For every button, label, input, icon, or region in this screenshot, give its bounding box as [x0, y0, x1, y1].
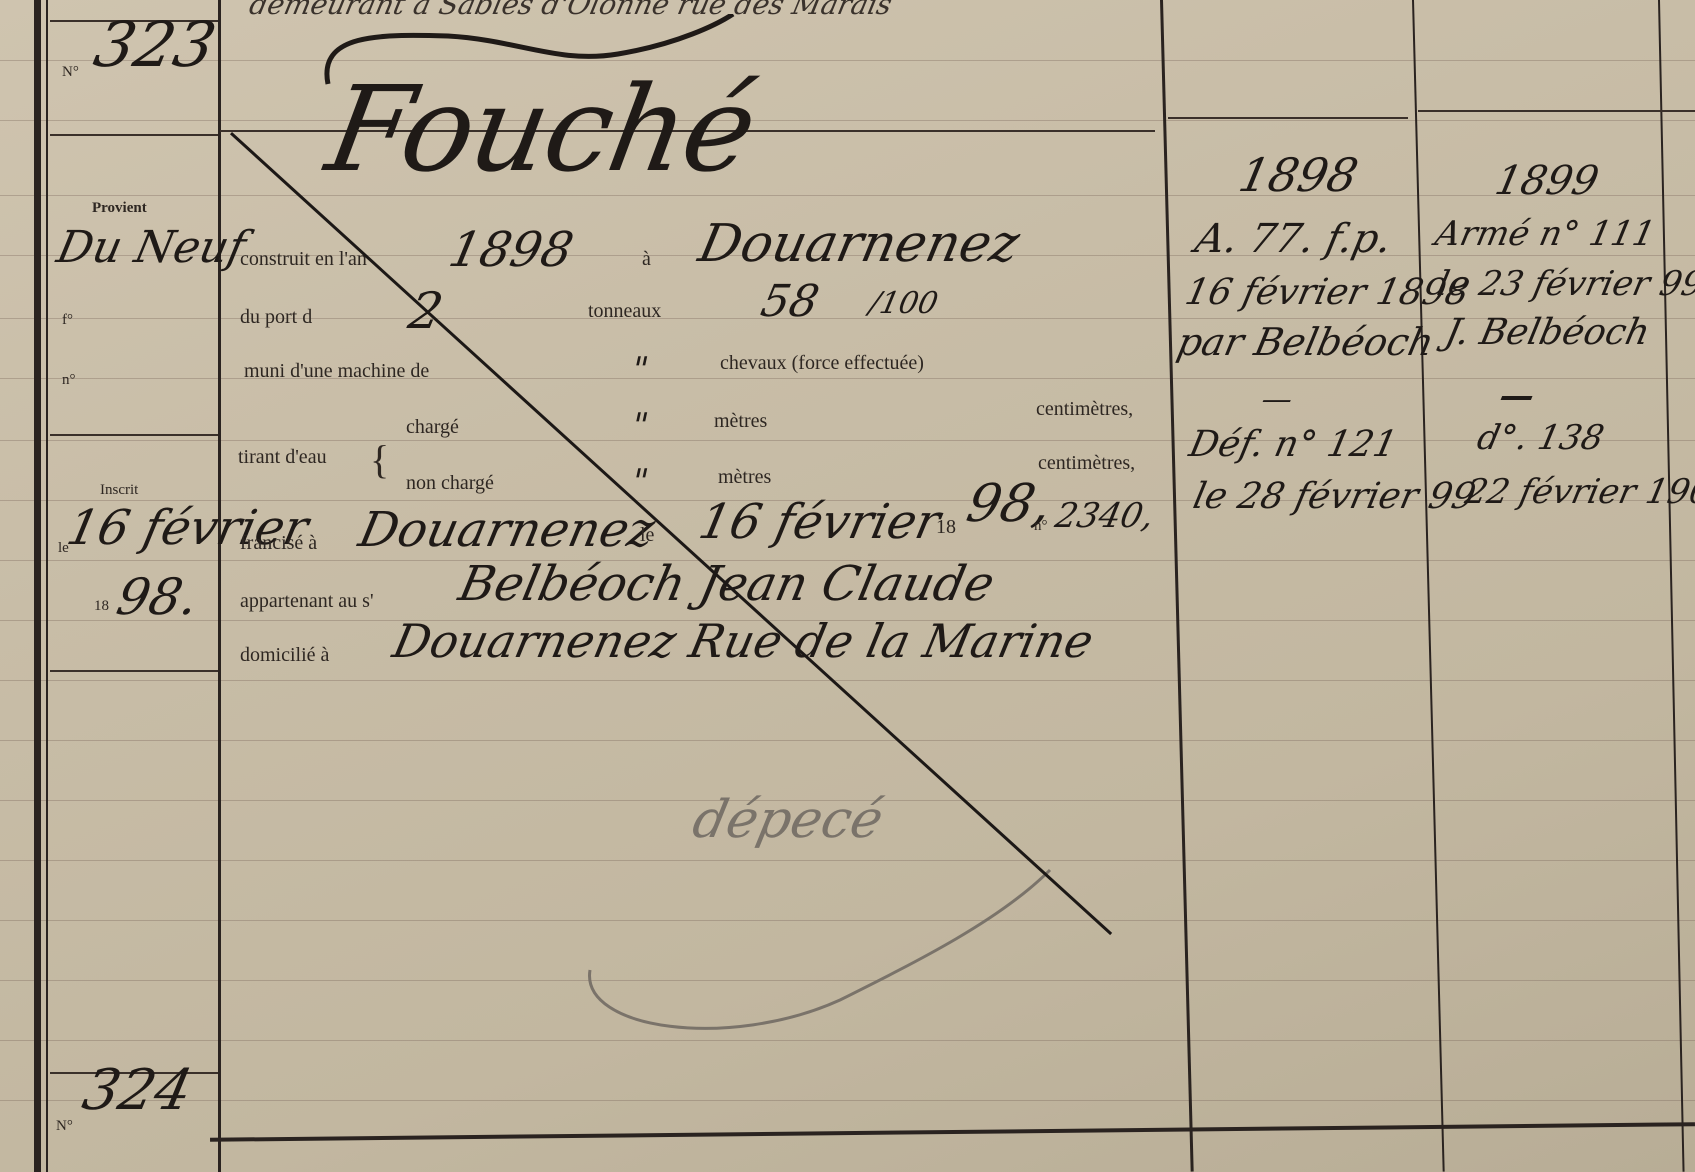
port-label: du port d [240, 306, 312, 329]
column-divider [1160, 0, 1194, 1172]
column-divider [1658, 0, 1685, 1172]
bottom-border [210, 1122, 1695, 1142]
n-label: n° [62, 372, 76, 389]
ruled-line [0, 740, 1695, 741]
metres-label-charge: mètres [714, 410, 767, 433]
chevaux-label: chevaux (force effectuée) [720, 352, 924, 375]
section-line [1168, 117, 1408, 119]
col1898-line5: le 28 février 99 [1190, 476, 1480, 517]
col1899-line3: J. Belbéoch [1442, 312, 1654, 353]
francise-label: francisé à [240, 532, 317, 555]
provient-label: Provient [92, 200, 147, 217]
francise-no-label: n° [1034, 518, 1048, 535]
pencil-note: dépecé [688, 790, 889, 850]
ruled-line [0, 440, 1695, 441]
col1898-year: 1898 [1234, 148, 1363, 202]
ruled-line [0, 195, 1695, 196]
ruled-line [0, 680, 1695, 681]
col1899-line5: 22 février 1900 [1462, 472, 1695, 512]
col1899-line4: d°. 138 [1474, 418, 1608, 458]
francise-place: Douarnenez [354, 502, 660, 558]
machine-label: muni d'une machine de [244, 360, 429, 383]
francise-year-prefix: 18 [936, 516, 956, 539]
col1898-line3: par Belbéoch [1173, 320, 1438, 364]
entry-number-label: N° [62, 64, 79, 81]
next-entry-number: 324 [77, 1058, 198, 1123]
section-line [50, 670, 218, 672]
entry-number: 323 [88, 8, 222, 81]
ruled-line [0, 120, 1695, 121]
machine-value: " [628, 350, 652, 390]
col1898-dash: — [1258, 382, 1295, 417]
charge-label: chargé [406, 416, 459, 439]
construit-a-label: à [642, 248, 651, 271]
metres-label-non-charge: mètres [718, 466, 771, 489]
col1899-line1: Armé n° 111 [1432, 214, 1659, 254]
appartenant-label: appartenant au s' [240, 590, 374, 613]
col1898-line4: Déf. n° 121 [1186, 424, 1401, 465]
construit-year: 1898 [444, 222, 578, 278]
col1899-year: 1899 [1491, 158, 1603, 204]
col1899-dash: — [1496, 376, 1539, 416]
provient-value: Du Neuf [53, 222, 251, 273]
francise-date: 16 février [694, 494, 945, 550]
domicile-value: Douarnenez Rue de la Marine [388, 614, 1098, 668]
francise-no: 2340, [1052, 496, 1158, 536]
tonneaux-denominator: /100 [866, 286, 941, 321]
pencil-flourish [580, 860, 1060, 1040]
section-line [50, 134, 218, 136]
brace: { [370, 436, 389, 483]
section-line [50, 434, 218, 436]
col1898-line2: 16 février 1898 [1182, 272, 1473, 313]
section-line [1418, 110, 1695, 112]
centimetres-label-non-charge: centimètres, [1038, 452, 1135, 475]
non-charge-label: non chargé [406, 472, 494, 495]
title-flourish [318, 14, 738, 94]
domicile-label: domicilié à [240, 644, 329, 667]
inscrit-year-prefix: 18 [94, 598, 109, 615]
construit-label: construit en l'an [240, 248, 367, 271]
next-entry-number-label: N° [56, 1118, 73, 1135]
ruled-line [0, 60, 1695, 61]
francise-le-label: le [640, 524, 654, 547]
f-label: f° [62, 312, 73, 329]
column-divider [218, 0, 221, 1172]
tirant-label: tirant d'eau [238, 446, 327, 469]
inscrit-year-suffix: 98. [112, 568, 204, 626]
construit-place: Douarnenez [694, 214, 1025, 274]
inscrit-label: Inscrit [100, 482, 138, 499]
tonneaux-label: tonneaux [588, 300, 661, 323]
outer-border-left [34, 0, 41, 1172]
col1899-line2: le 23 février 99 [1434, 264, 1695, 304]
inner-border-left [46, 0, 48, 1172]
centimetres-label-charge: centimètres, [1036, 398, 1133, 421]
register-page: demeurant à Sables d'Olonne rue des Mara… [0, 0, 1695, 1172]
column-divider [1412, 0, 1445, 1172]
col1898-line1: A. 77. f.p. [1191, 216, 1396, 262]
tonneaux-value: 58 [757, 276, 824, 327]
